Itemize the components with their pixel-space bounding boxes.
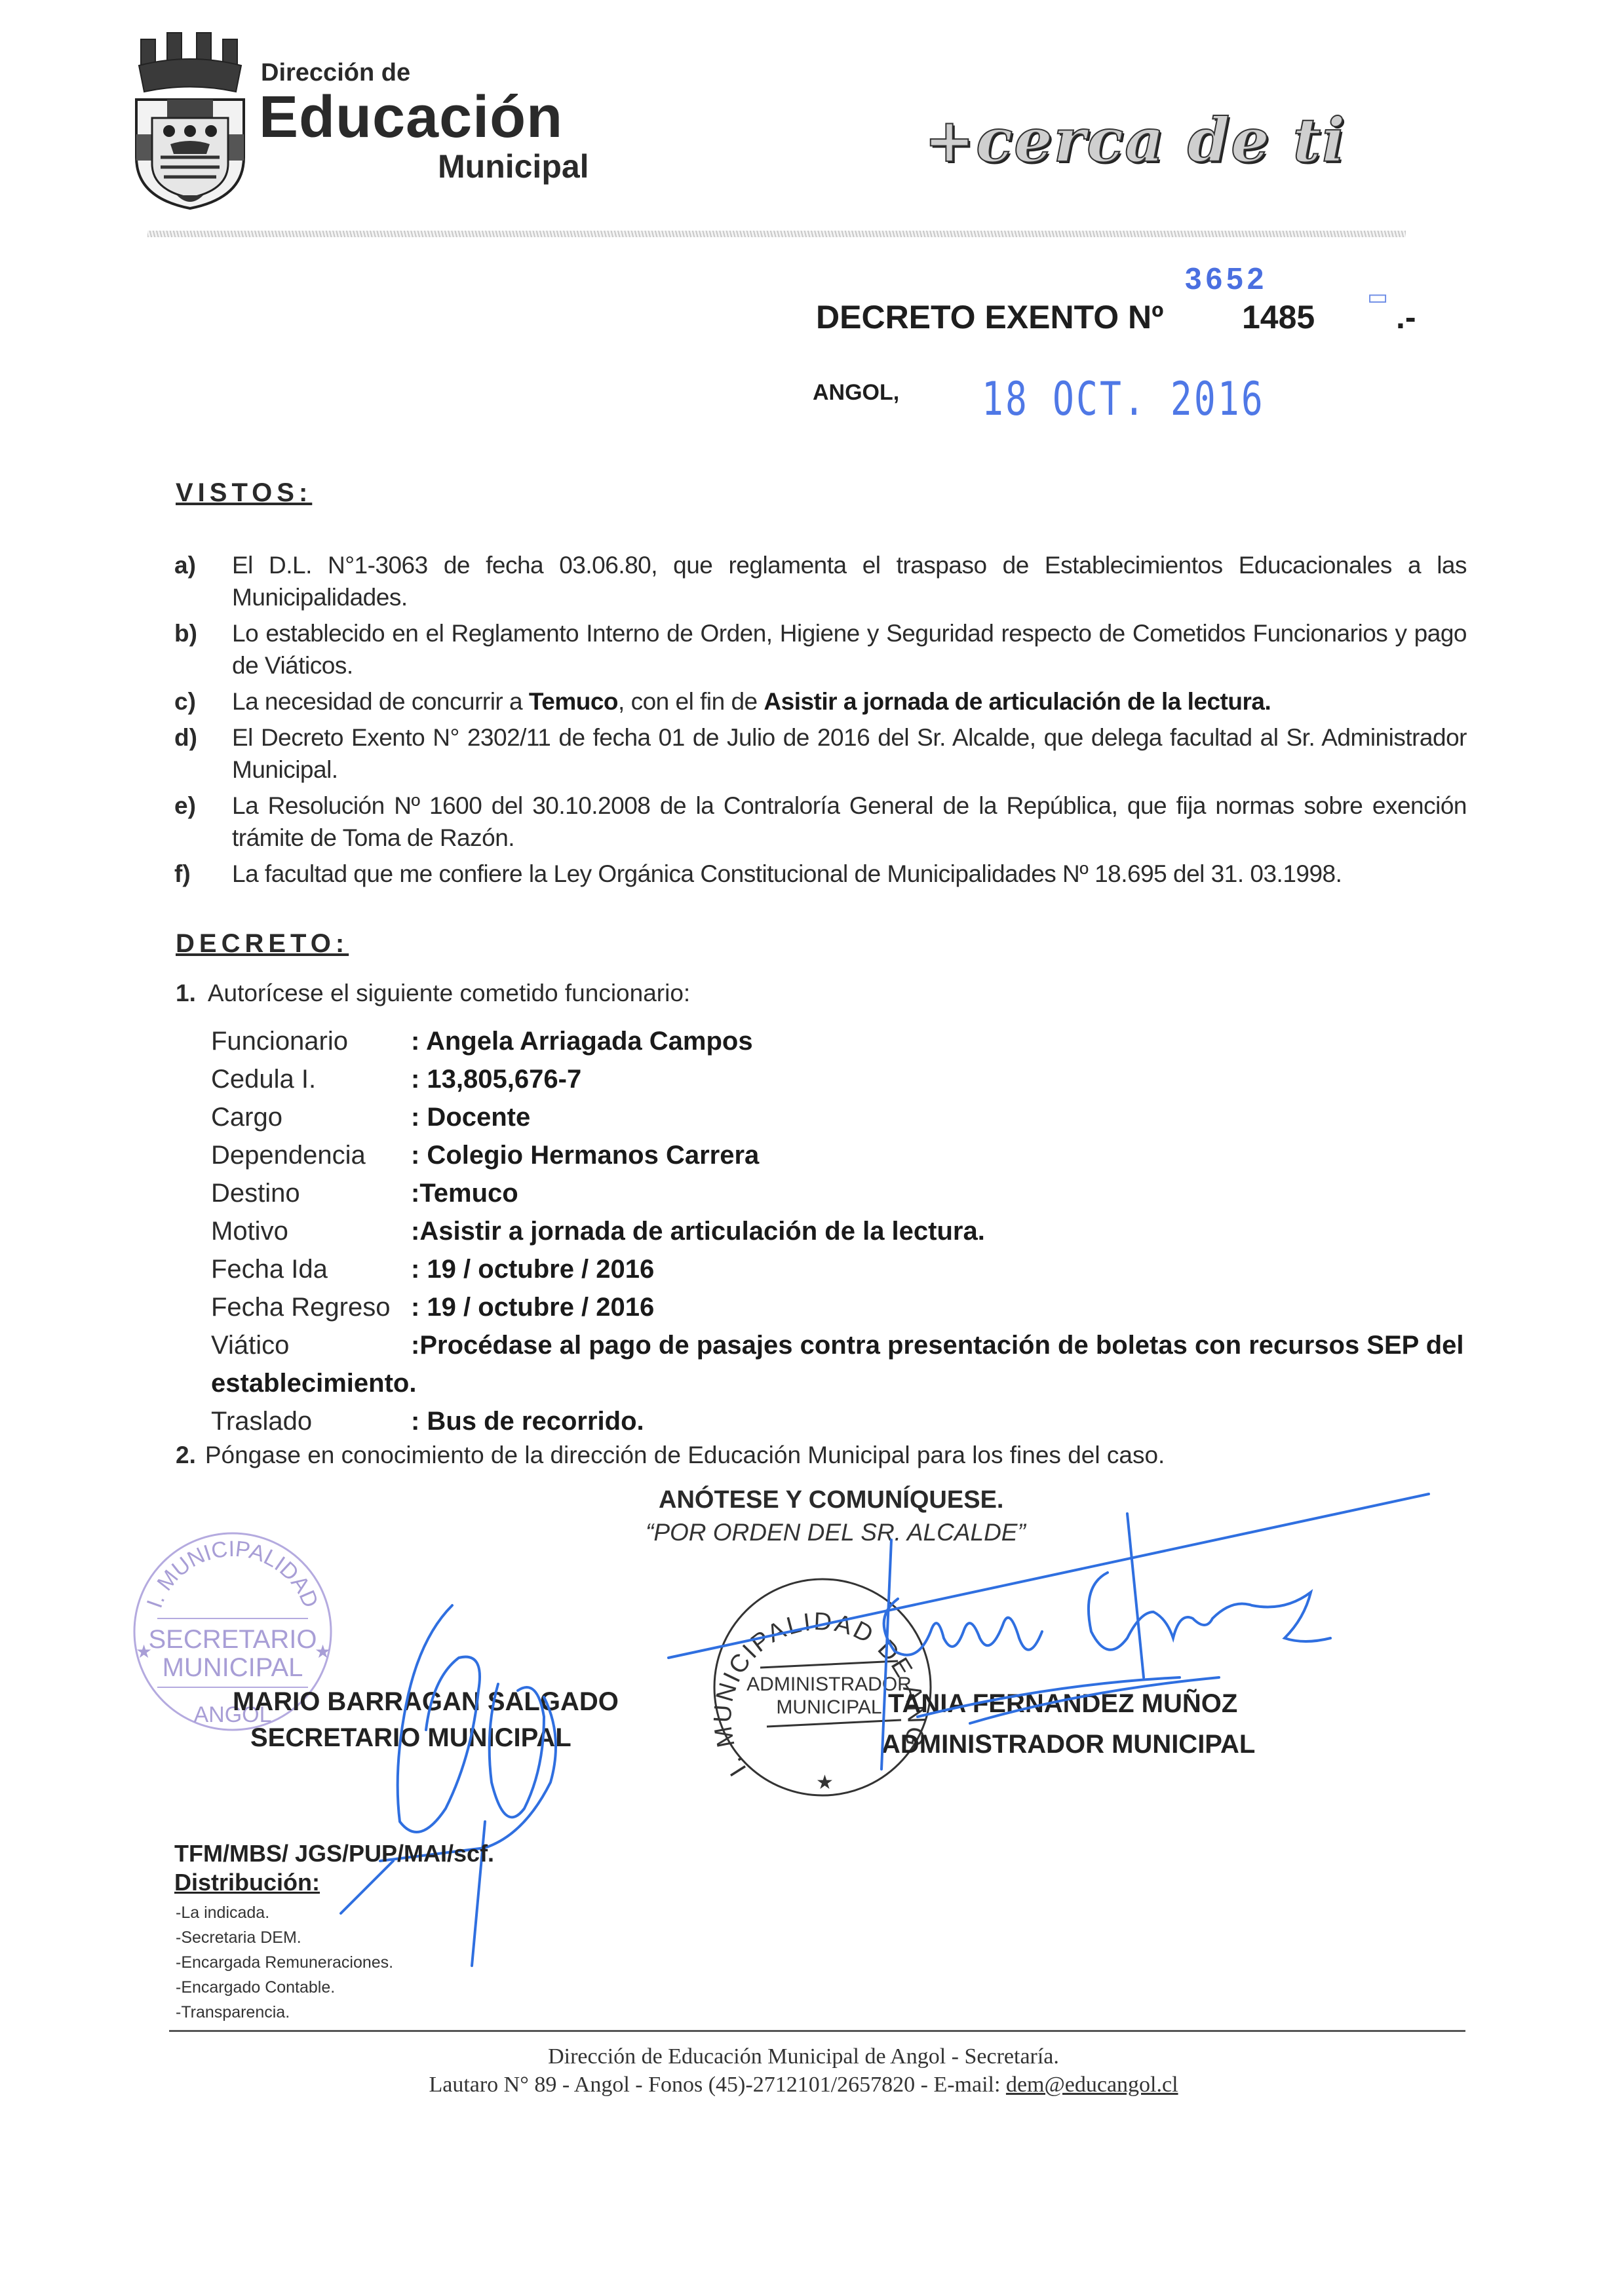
administrador-seal-icon: I. MUNICIPALIDAD DE ANGOL ADMINISTRADOR … bbox=[708, 1573, 937, 1802]
svg-text:SECRETARIO: SECRETARIO bbox=[148, 1625, 317, 1654]
footer-line-1: Dirección de Educación Municipal de Ango… bbox=[0, 2044, 1607, 2069]
list-item: f) La facultad que me confiere la Ley Or… bbox=[174, 858, 1467, 890]
item-letter: d) bbox=[174, 721, 232, 786]
list-item: d) El Decreto Exento N° 2302/11 de fecha… bbox=[174, 721, 1467, 786]
svg-text:MUNICIPAL: MUNICIPAL bbox=[163, 1653, 303, 1682]
item-text: Lo establecido en el Reglamento Interno … bbox=[232, 617, 1467, 681]
decree-suffix: .- bbox=[1396, 298, 1416, 336]
signer-right-title: ADMINISTRADOR MUNICIPAL bbox=[881, 1730, 1255, 1759]
item-text: Póngase en conocimiento de la dirección … bbox=[205, 1442, 1165, 1468]
decree-number: 1485 bbox=[1242, 298, 1315, 336]
signer-right-name: TANIA FERNANDEZ MUÑOZ bbox=[888, 1689, 1237, 1719]
svg-text:★: ★ bbox=[315, 1641, 331, 1662]
signer-left-name: MARIO BARRAGAN SALGADO bbox=[233, 1687, 619, 1717]
vistos-list: a) El D.L. N°1-3063 de fecha 03.06.80, q… bbox=[174, 549, 1467, 894]
item-text: El D.L. N°1-3063 de fecha 03.06.80, que … bbox=[232, 549, 1467, 613]
item-number: 1. bbox=[176, 980, 196, 1006]
item-number: 2. bbox=[176, 1442, 196, 1468]
decreto-heading: DECRETO: bbox=[176, 929, 349, 959]
brand-line-2: Educación bbox=[259, 84, 563, 151]
field-row: Motivo:Asistir a jornada de articulación… bbox=[211, 1212, 1469, 1250]
item-text: El Decreto Exento N° 2302/11 de fecha 01… bbox=[232, 721, 1467, 786]
brand-line-3: Municipal bbox=[438, 147, 589, 185]
decreto-item-2: 2.Póngase en conocimiento de la direcció… bbox=[176, 1442, 1165, 1469]
field-row: Funcionario: Angela Arriagada Campos bbox=[211, 1022, 1469, 1060]
item-text: La facultad que me confiere la Ley Orgán… bbox=[232, 858, 1467, 890]
decreto-item-1: 1.Autorícese el siguiente cometido funci… bbox=[176, 980, 690, 1007]
item-text: Autorícese el siguiente cometido funcion… bbox=[208, 980, 690, 1006]
distribution-list: -La indicada. -Secretaria DEM. -Encargad… bbox=[176, 1900, 393, 2025]
por-orden-label: “POR ORDEN DEL SR. ALCALDE” bbox=[646, 1519, 1026, 1546]
field-row: Destino:Temuco bbox=[211, 1174, 1469, 1212]
email-link[interactable]: dem@educangol.cl bbox=[1006, 2073, 1178, 2097]
field-row: Cargo: Docente bbox=[211, 1098, 1469, 1136]
header-divider bbox=[147, 231, 1406, 237]
field-row: Fecha Regreso: 19 / octubre / 2016 bbox=[211, 1288, 1469, 1326]
list-item: c) La necesidad de concurrir a Temuco, c… bbox=[174, 685, 1467, 717]
field-row: Traslado: Bus de recorrido. bbox=[211, 1402, 1469, 1440]
item-letter: f) bbox=[174, 858, 232, 890]
distribution-heading: Distribución: bbox=[174, 1869, 320, 1896]
brand-line-1: Dirección de bbox=[261, 59, 410, 87]
stamp-mark-icon: ▯ bbox=[1363, 265, 1389, 305]
date-stamp: 18 OCT. 2016 bbox=[982, 372, 1265, 426]
anotese-label: ANÓTESE Y COMUNÍQUESE. bbox=[659, 1486, 1003, 1514]
vistos-heading: VISTOS: bbox=[176, 478, 312, 508]
svg-text:★: ★ bbox=[136, 1641, 152, 1662]
slogan: +cerca de ti bbox=[924, 105, 1346, 176]
cometido-fields: Funcionario: Angela Arriagada Campos Ced… bbox=[211, 1022, 1469, 1440]
field-row: Viático:Procédase al pago de pasajes con… bbox=[211, 1326, 1469, 1364]
initials: TFM/MBS/ JGS/PUP/MAI/scf. bbox=[174, 1840, 494, 1867]
item-letter: c) bbox=[174, 685, 232, 717]
viatico-continuation: establecimiento. bbox=[211, 1364, 1469, 1402]
item-letter: a) bbox=[174, 549, 232, 613]
footer-line-2: Lautaro N° 89 - Angol - Fonos (45)-27121… bbox=[0, 2073, 1607, 2097]
item-text: La Resolución Nº 1600 del 30.10.2008 de … bbox=[232, 790, 1467, 854]
field-row: Fecha Ida: 19 / octubre / 2016 bbox=[211, 1250, 1469, 1288]
list-item: e) La Resolución Nº 1600 del 30.10.2008 … bbox=[174, 790, 1467, 854]
svg-text:ADMINISTRADOR: ADMINISTRADOR bbox=[746, 1674, 912, 1695]
list-item: -Transparencia. bbox=[176, 2000, 393, 2025]
field-row: Dependencia: Colegio Hermanos Carrera bbox=[211, 1136, 1469, 1174]
stamp-number: 3652 bbox=[1185, 261, 1268, 296]
list-item: b) Lo establecido en el Reglamento Inter… bbox=[174, 617, 1467, 681]
list-item: a) El D.L. N°1-3063 de fecha 03.06.80, q… bbox=[174, 549, 1467, 613]
svg-text:I. MUNICIPALIDAD: I. MUNICIPALIDAD bbox=[142, 1537, 323, 1611]
list-item: -Encargado Contable. bbox=[176, 1975, 393, 2000]
coat-of-arms-icon bbox=[131, 26, 249, 210]
item-text: La necesidad de concurrir a Temuco, con … bbox=[232, 685, 1467, 717]
item-letter: e) bbox=[174, 790, 232, 854]
item-letter: b) bbox=[174, 617, 232, 681]
signer-left-title: SECRETARIO MUNICIPAL bbox=[250, 1723, 571, 1753]
field-row: Cedula I.: 13,805,676-7 bbox=[211, 1060, 1469, 1098]
list-item: -Encargada Remuneraciones. bbox=[176, 1950, 393, 1975]
svg-text:MUNICIPAL: MUNICIPAL bbox=[776, 1696, 881, 1718]
decree-title: DECRETO EXENTO Nº bbox=[816, 298, 1163, 336]
city-label: ANGOL, bbox=[813, 380, 899, 406]
list-item: -Secretaria DEM. bbox=[176, 1925, 393, 1950]
footer-divider bbox=[169, 2030, 1465, 2032]
list-item: -La indicada. bbox=[176, 1900, 393, 1925]
svg-text:★: ★ bbox=[816, 1772, 834, 1793]
